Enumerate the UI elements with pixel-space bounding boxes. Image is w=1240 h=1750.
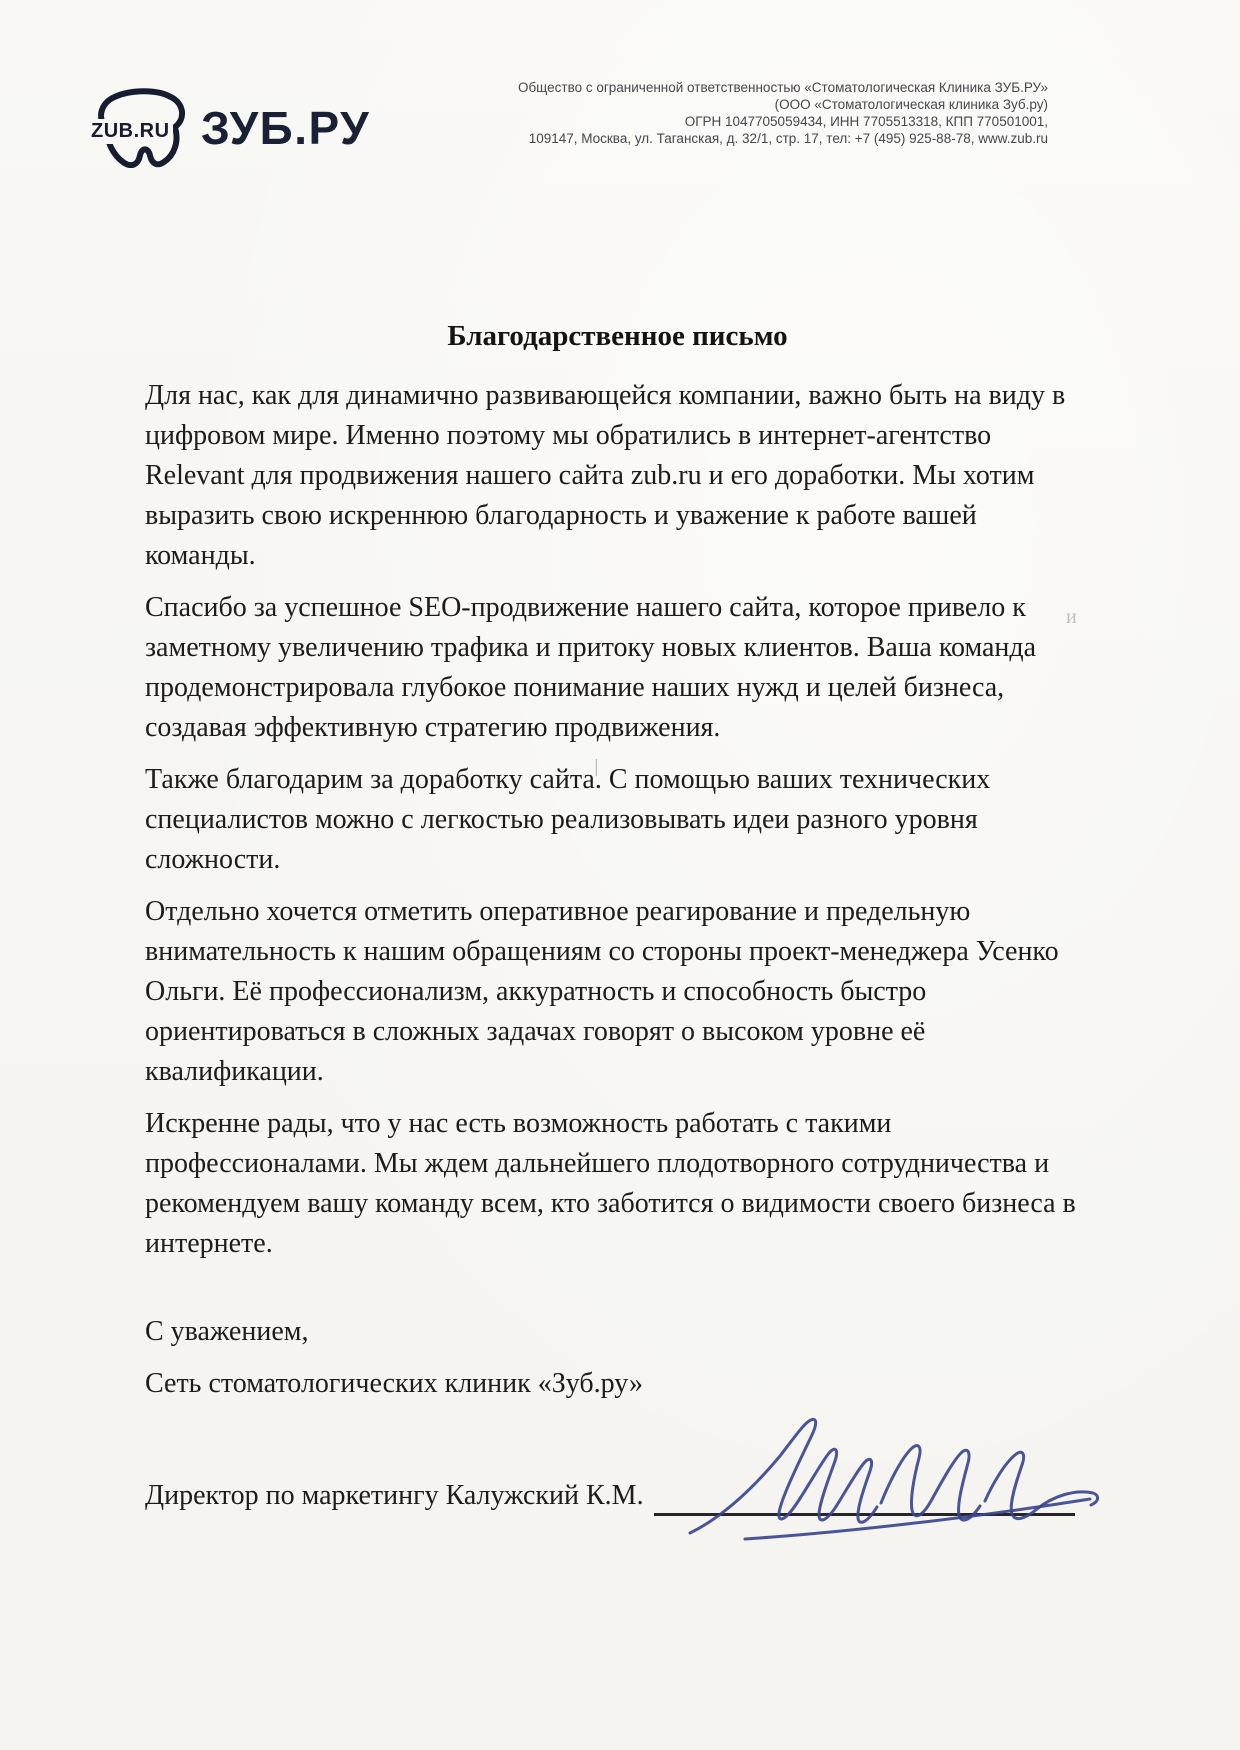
signature-underline [654, 1479, 1075, 1516]
scan-artifact-mark: и [1066, 606, 1077, 629]
closing-salutation: С уважением, [145, 1312, 1090, 1352]
letter-paragraph: Для нас, как для динамично развивающейся… [145, 376, 1090, 576]
tooth-logo-icon: ZUB.RU [93, 88, 185, 168]
company-logo: ZUB.RU ЗУБ.РУ [93, 88, 370, 168]
letter-paragraph: Спасибо за успешное SEO-продвижение наше… [145, 588, 1090, 748]
closing-company-name: Сеть стоматологических клиник «Зуб.ру» [145, 1364, 1090, 1404]
letterhead-line: 109147, Москва, ул. Таганская, д. 32/1, … [428, 130, 1048, 147]
logo-brand-text: ЗУБ.РУ [201, 101, 370, 155]
signature-row: Директор по маркетингу Калужский К.М. [145, 1476, 1075, 1516]
letter-paragraph: Отдельно хочется отметить оперативное ре… [145, 892, 1090, 1092]
scanned-letter-page: ZUB.RU ЗУБ.РУ Общество с ограниченной от… [0, 0, 1240, 1750]
letterhead-line: Общество с ограниченной ответственностью… [428, 79, 1048, 96]
signature-label: Директор по маркетингу Калужский К.М. [145, 1476, 644, 1516]
scan-artifact-mark: ǀ [594, 756, 599, 783]
letterhead-line: (ООО «Стоматологическая клиника Зуб.ру) [428, 96, 1048, 113]
letter-title: Благодарственное письмо [145, 316, 1090, 356]
letter-paragraph: Также благодарим за доработку сайта. С п… [145, 760, 1090, 880]
handwritten-signature [685, 1410, 1105, 1542]
letterhead-line: ОГРН 1047705059434, ИНН 7705513318, КПП … [428, 113, 1048, 130]
letter-paragraph: Искренне рады, что у нас есть возможност… [145, 1104, 1090, 1264]
letter-body: Благодарственное письмо Для нас, как для… [145, 316, 1090, 1516]
logo-badge-text: ZUB.RU [88, 119, 173, 144]
letterhead-requisites: Общество с ограниченной ответственностью… [428, 79, 1048, 147]
